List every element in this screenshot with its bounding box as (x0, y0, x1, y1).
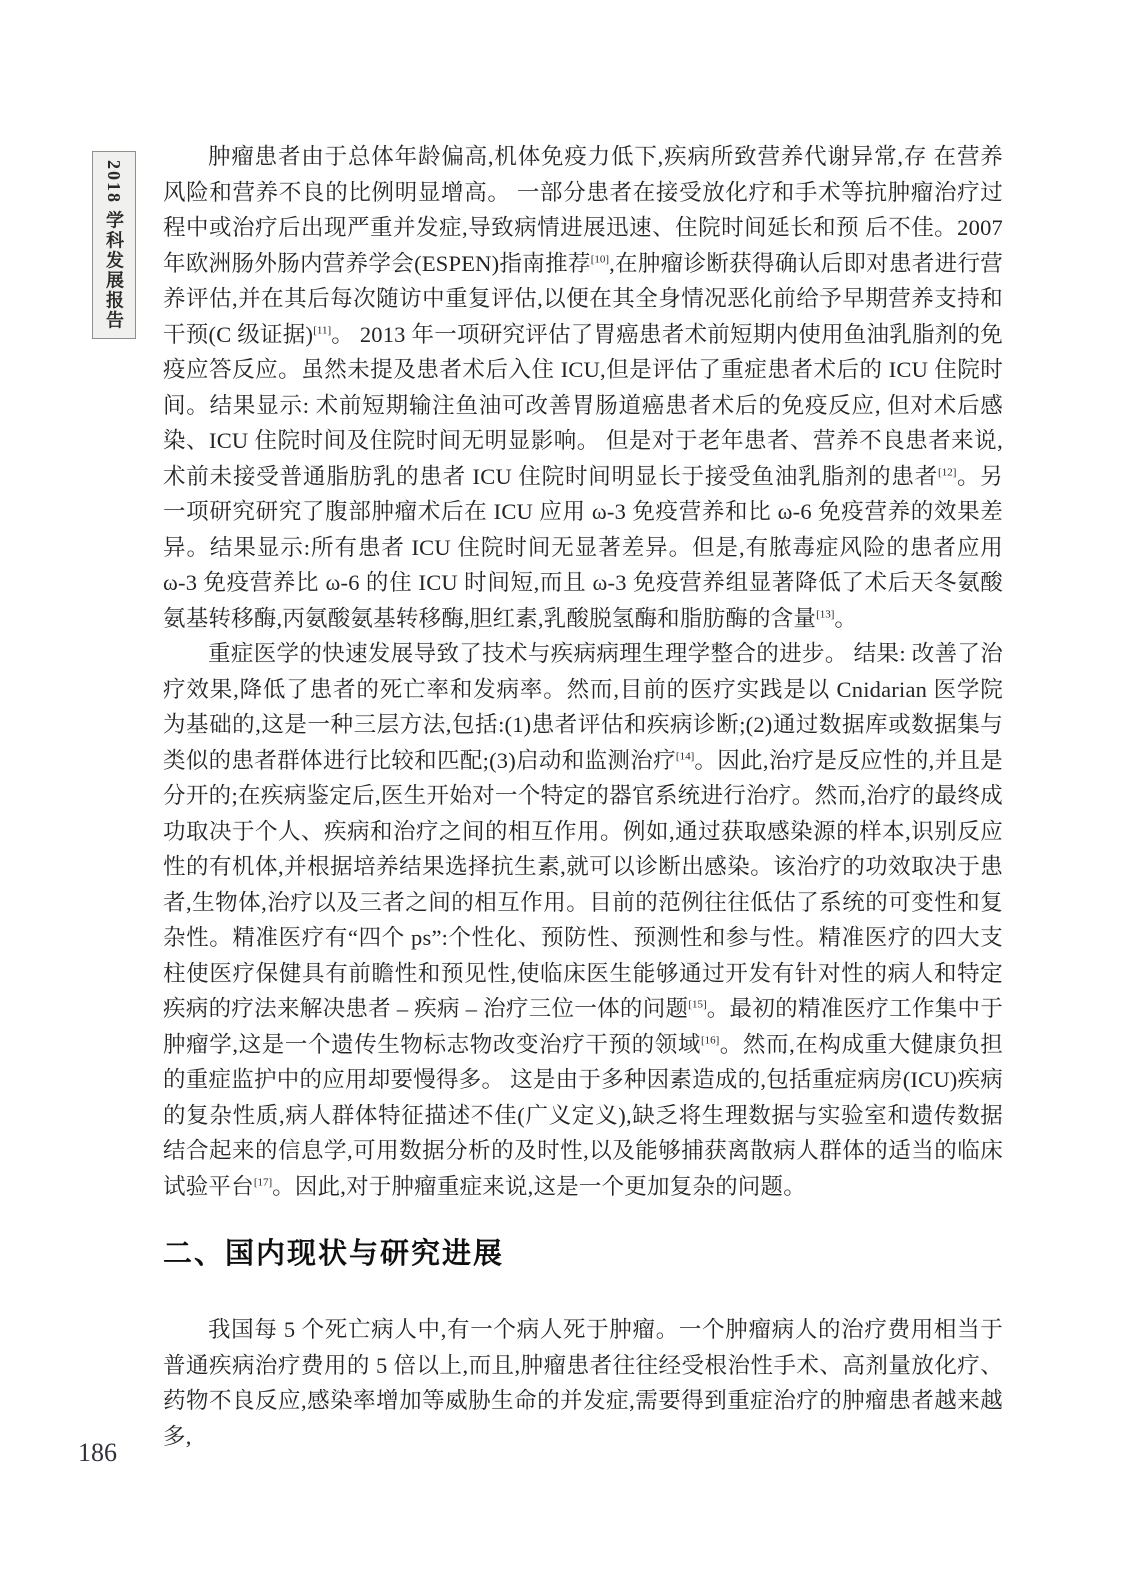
intro-paragraphs: 肿瘤患者由于总体年龄偏高,机体免疫力低下,疾病所致营养代谢异常,存 在营养风险和… (163, 139, 1003, 1204)
paragraph: 我国每 5 个死亡病人中,有一个病人死于肿瘤。一个肿瘤病人的治疗费用相当于普通疾… (163, 1312, 1003, 1454)
document-page: 2018 学科发展报告 肿瘤患者由于总体年龄偏高,机体免疫力低下,疾病所致营养代… (0, 0, 1128, 1571)
footnote-ref: [17] (254, 1176, 272, 1188)
section-heading: 二、国内现状与研究进展 (163, 1238, 1003, 1270)
footnote-ref: [13] (816, 608, 834, 620)
footnote-ref: [12] (938, 466, 956, 478)
footnote-ref: [11] (313, 324, 331, 336)
footnote-ref: [10] (591, 253, 609, 265)
page-number: 186 (78, 1438, 117, 1468)
paragraph: 重症医学的快速发展导致了技术与疾病病理生理学整合的进步。 结果: 改善了治疗效果… (163, 636, 1003, 1204)
edition-sidebar-label: 2018 学科发展报告 (92, 151, 136, 339)
page-content: 肿瘤患者由于总体年龄偏高,机体免疫力低下,疾病所致营养代谢异常,存 在营养风险和… (163, 139, 1003, 1454)
footnote-ref: [15] (688, 999, 706, 1011)
paragraph: 肿瘤患者由于总体年龄偏高,机体免疫力低下,疾病所致营养代谢异常,存 在营养风险和… (163, 139, 1003, 636)
footnote-ref: [16] (701, 1034, 719, 1046)
domestic-paragraphs: 我国每 5 个死亡病人中,有一个病人死于肿瘤。一个肿瘤病人的治疗费用相当于普通疾… (163, 1312, 1003, 1454)
footnote-ref: [14] (676, 750, 694, 762)
